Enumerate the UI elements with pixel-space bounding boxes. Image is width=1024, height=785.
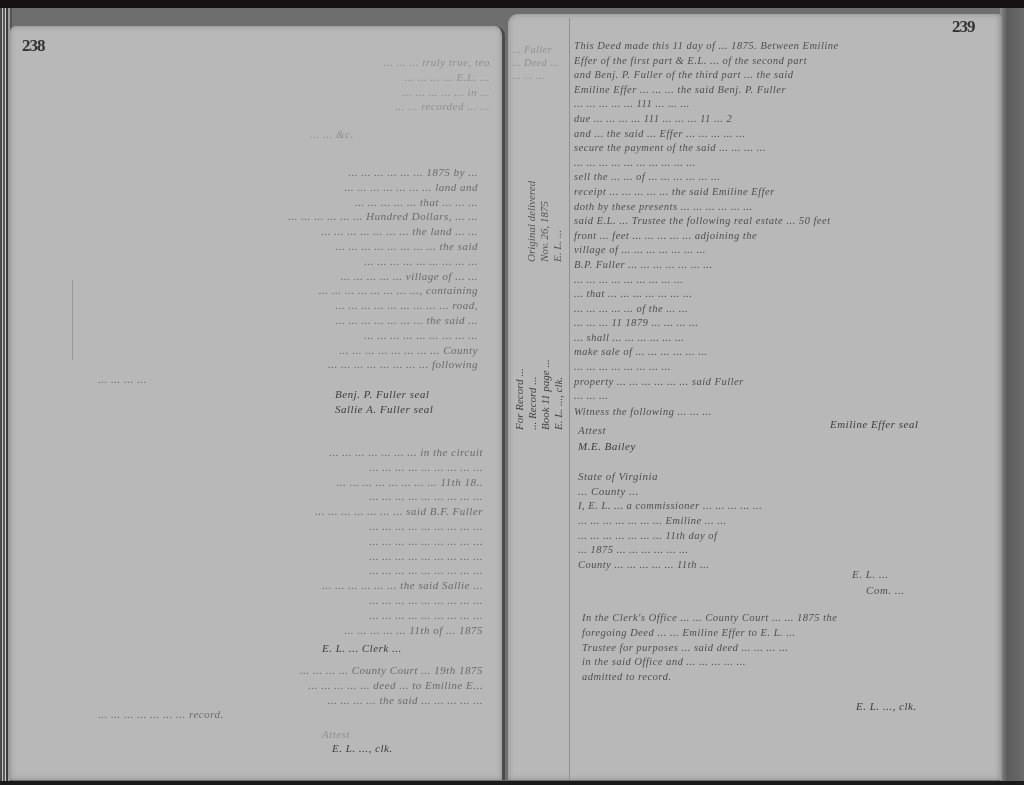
clerk-attest-label: Attest <box>322 728 350 743</box>
certificate-body: I, E. L. ... a commissioner ... ... ... … <box>578 500 762 574</box>
ack-line: ... ... ... ... ... ... ... said B.F. Fu… <box>98 505 483 520</box>
gutter-vertical-note-record: For Record ... ... Record ... Book 11 pa… <box>514 359 566 430</box>
ack-line: ... ... ... ... ... ... ... ... ... <box>98 564 483 579</box>
clerk-signature-1: E. L. ... Clerk ... <box>322 642 402 657</box>
note-line: ... Record ... <box>527 359 540 430</box>
body-line: ... ... ... ... ... ... ... ... ... <box>98 255 478 270</box>
ack-line: ... ... ... ... ... ... ... ... ... <box>98 490 483 505</box>
left-heading-block: ... ... ... truly true, teo ... ... ... … <box>300 56 490 115</box>
ack-line: ... ... ... ... ... ... ... ... 11th 18.… <box>98 476 483 491</box>
cert-line: County ... ... ... ... ... 11th ... <box>578 559 762 574</box>
note-line: Nov. 26, 1875 <box>539 181 552 262</box>
ack-line: ... ... ... ... ... ... ... ... ... <box>98 535 483 550</box>
heading-line: ... ... ... ... ... in ... <box>300 86 490 101</box>
body-line: ... ... ... ... ... ... ... ... ... <box>574 274 839 289</box>
body-line: ... ... ... 11 1879 ... ... ... ... <box>574 317 839 332</box>
left-acknowledgment: ... ... ... ... ... ... ... in the circu… <box>98 446 483 638</box>
right-margin-rule <box>569 18 570 780</box>
scan-top-border <box>0 0 1024 8</box>
body-line: ... ... ... ... ... ... ... the land ...… <box>98 225 478 240</box>
body-line: ... ... ... ... ... 111 ... ... ... <box>574 98 839 113</box>
record-line: ... ... ... ... County Court ... 19th 18… <box>98 664 483 679</box>
note-line: Original delivered <box>526 181 539 262</box>
record-line: ... ... ... ... ... ... ... record. <box>98 708 483 723</box>
cert-heading-line: ... County ... <box>578 485 658 500</box>
ack-line: ... ... ... ... ... 11th of ... 1875 <box>98 624 483 639</box>
margin-mark <box>72 280 73 360</box>
witness-label: Attest <box>578 424 606 439</box>
body-line: This Deed made this 11 day of ... 1875. … <box>574 40 839 55</box>
record-line: in the said Office and ... ... ... ... .… <box>582 656 837 671</box>
body-line: ... ... ... ... ... ... ... ... ... road… <box>98 299 478 314</box>
scan-bottom-border <box>0 781 1024 785</box>
book-page-edges-right <box>1000 8 1024 785</box>
clerk-signature-2: E. L. ..., clk. <box>332 742 393 757</box>
body-line: and Benj. P. Fuller of the third part ..… <box>574 69 839 84</box>
note-line: ... ... ... <box>512 70 559 83</box>
body-line: sell the ... ... of ... ... ... ... ... … <box>574 171 839 186</box>
ack-line: ... ... ... ... ... ... ... ... ... <box>98 594 483 609</box>
body-line: ... ... ... ... ... ... ... ... ... ... <box>574 157 839 172</box>
record-line: ... ... ... ... ... deed ... to Emiline … <box>98 679 483 694</box>
body-line: receipt ... ... ... ... ... the said Emi… <box>574 186 839 201</box>
body-line: doth by these presents ... ... ... ... .… <box>574 201 839 216</box>
record-line: ... ... ... ... the said ... ... ... ...… <box>98 694 483 709</box>
signature: Benj. P. Fuller seal <box>335 388 433 403</box>
record-line: admitted to record. <box>582 671 837 686</box>
ack-line: ... ... ... ... ... ... ... ... ... <box>98 461 483 476</box>
signature: Sallie A. Fuller seal <box>335 403 433 418</box>
body-line: ... ... ... ... ... of the ... ... <box>574 303 839 318</box>
grantor-signatures: Benj. P. Fuller seal Sallie A. Fuller se… <box>335 388 433 418</box>
body-line: and ... the said ... Effer ... ... ... .… <box>574 128 839 143</box>
body-line: ... ... ... ... ... ... ... ... the said <box>98 240 478 255</box>
ack-line: ... ... ... ... ... ... ... in the circu… <box>98 446 483 461</box>
cert-line: ... 1875 ... ... ... ... ... ... <box>578 544 762 559</box>
record-line: Trustee for purposes ... said deed ... .… <box>582 642 837 657</box>
body-line: Emiline Effer ... ... ... the said Benj.… <box>574 84 839 99</box>
body-line: ... ... ... ... ... ... ... ... followin… <box>98 358 478 373</box>
note-line: ... Fuller <box>512 44 559 57</box>
body-line: ... ... ... ... ... ... ... ... ... <box>98 329 478 344</box>
cert-line: ... ... ... ... ... ... ... Emiline ... … <box>578 515 762 530</box>
body-line: ... shall ... ... ... ... ... ... <box>574 332 839 347</box>
body-line: ... ... ... ... ... ... ... ..., contain… <box>98 284 478 299</box>
certificate-heading: State of Virginia ... County ... <box>578 470 658 500</box>
body-line: ... ... ... <box>574 390 839 405</box>
heading-line: ... ... ... truly true, teo <box>300 56 490 71</box>
gutter-vertical-note-delivered: Original delivered Nov. 26, 1875 E. L. .… <box>526 181 565 262</box>
body-line: make sale of ... ... ... ... ... ... <box>574 346 839 361</box>
record-line: foregoing Deed ... ... Emiline Effer to … <box>582 627 837 642</box>
gutter-margin-note: ... Fuller ... Deed ... ... ... ... <box>512 44 559 83</box>
certificate-signature: E. L. ... <box>852 568 889 583</box>
body-line: B.P. Fuller ... ... ... ... ... ... ... <box>574 259 839 274</box>
body-line: front ... feet ... ... ... ... ... adjoi… <box>574 230 839 245</box>
note-line: For Record ... <box>514 359 527 430</box>
certificate-title: Com. ... <box>866 584 905 599</box>
heading-line: ... ... ... ... E.L. ... <box>300 71 490 86</box>
body-line: Effer of the first part & E.L. ... of th… <box>574 55 839 70</box>
note-line: E. L. ... <box>552 181 565 262</box>
witness-name: M.E. Bailey <box>578 440 636 455</box>
ack-line: ... ... ... ... ... ... ... ... ... <box>98 609 483 624</box>
body-line: ... ... ... ... <box>98 373 478 388</box>
body-line: ... ... ... ... ... ... ... the said ... <box>98 314 478 329</box>
ack-line: ... ... ... ... ... ... ... ... ... <box>98 520 483 535</box>
clerk-signature-right: E. L. ..., clk. <box>856 700 917 715</box>
grantor-signature-right: Emiline Effer seal <box>830 418 918 433</box>
ack-line: ... ... ... ... ... ... ... ... ... <box>98 550 483 565</box>
page-number-right: 239 <box>952 17 975 37</box>
page-number-left: 238 <box>22 36 45 56</box>
note-line: E. L. ..., clk. <box>553 359 566 430</box>
clerk-record-block: In the Clerk's Office ... ... County Cou… <box>582 612 837 686</box>
body-line: ... ... ... ... ... ... ... ... <box>574 361 839 376</box>
body-line: due ... ... ... ... 111 ... ... ... 11 .… <box>574 113 839 128</box>
body-line: ... ... ... ... ... ... Hundred Dollars,… <box>98 210 478 225</box>
ack-line: ... ... ... ... ... ... the said Sallie … <box>98 579 483 594</box>
body-line: property ... ... ... ... ... ... said Fu… <box>574 376 839 391</box>
body-line: ... ... ... ... ... village of ... ... <box>98 270 478 285</box>
cert-line: ... ... ... ... ... ... ... 11th day of <box>578 530 762 545</box>
note-line: ... Deed ... <box>512 57 559 70</box>
left-recording: ... ... ... ... County Court ... 19th 18… <box>98 664 483 723</box>
body-line: ... ... ... ... ... ... ... land and <box>98 181 478 196</box>
body-line: ... ... ... ... ... ... 1875 by ... <box>98 166 478 181</box>
witness-line: Witness the following ... ... ... <box>574 406 712 421</box>
note-line: Book 11 page ... <box>540 359 553 430</box>
record-line: In the Clerk's Office ... ... County Cou… <box>582 612 837 627</box>
heading-mark: ... ... &c. <box>310 128 354 143</box>
body-line: said E.L. ... Trustee the following real… <box>574 215 839 230</box>
right-body: This Deed made this 11 day of ... 1875. … <box>574 40 839 405</box>
body-line: village of ... ... ... ... ... ... ... <box>574 244 839 259</box>
cert-heading-line: State of Virginia <box>578 470 658 485</box>
body-line: ... that ... ... ... ... ... ... ... <box>574 288 839 303</box>
left-body: ... ... ... ... ... ... 1875 by ... ... … <box>98 166 478 388</box>
body-line: ... ... ... ... ... ... ... ... County <box>98 344 478 359</box>
body-line: ... ... ... ... ... that ... ... ... <box>98 196 478 211</box>
cert-line: I, E. L. ... a commissioner ... ... ... … <box>578 500 762 515</box>
body-line: secure the payment of the said ... ... .… <box>574 142 839 157</box>
heading-line: ... ... recorded ... ... <box>300 100 490 115</box>
